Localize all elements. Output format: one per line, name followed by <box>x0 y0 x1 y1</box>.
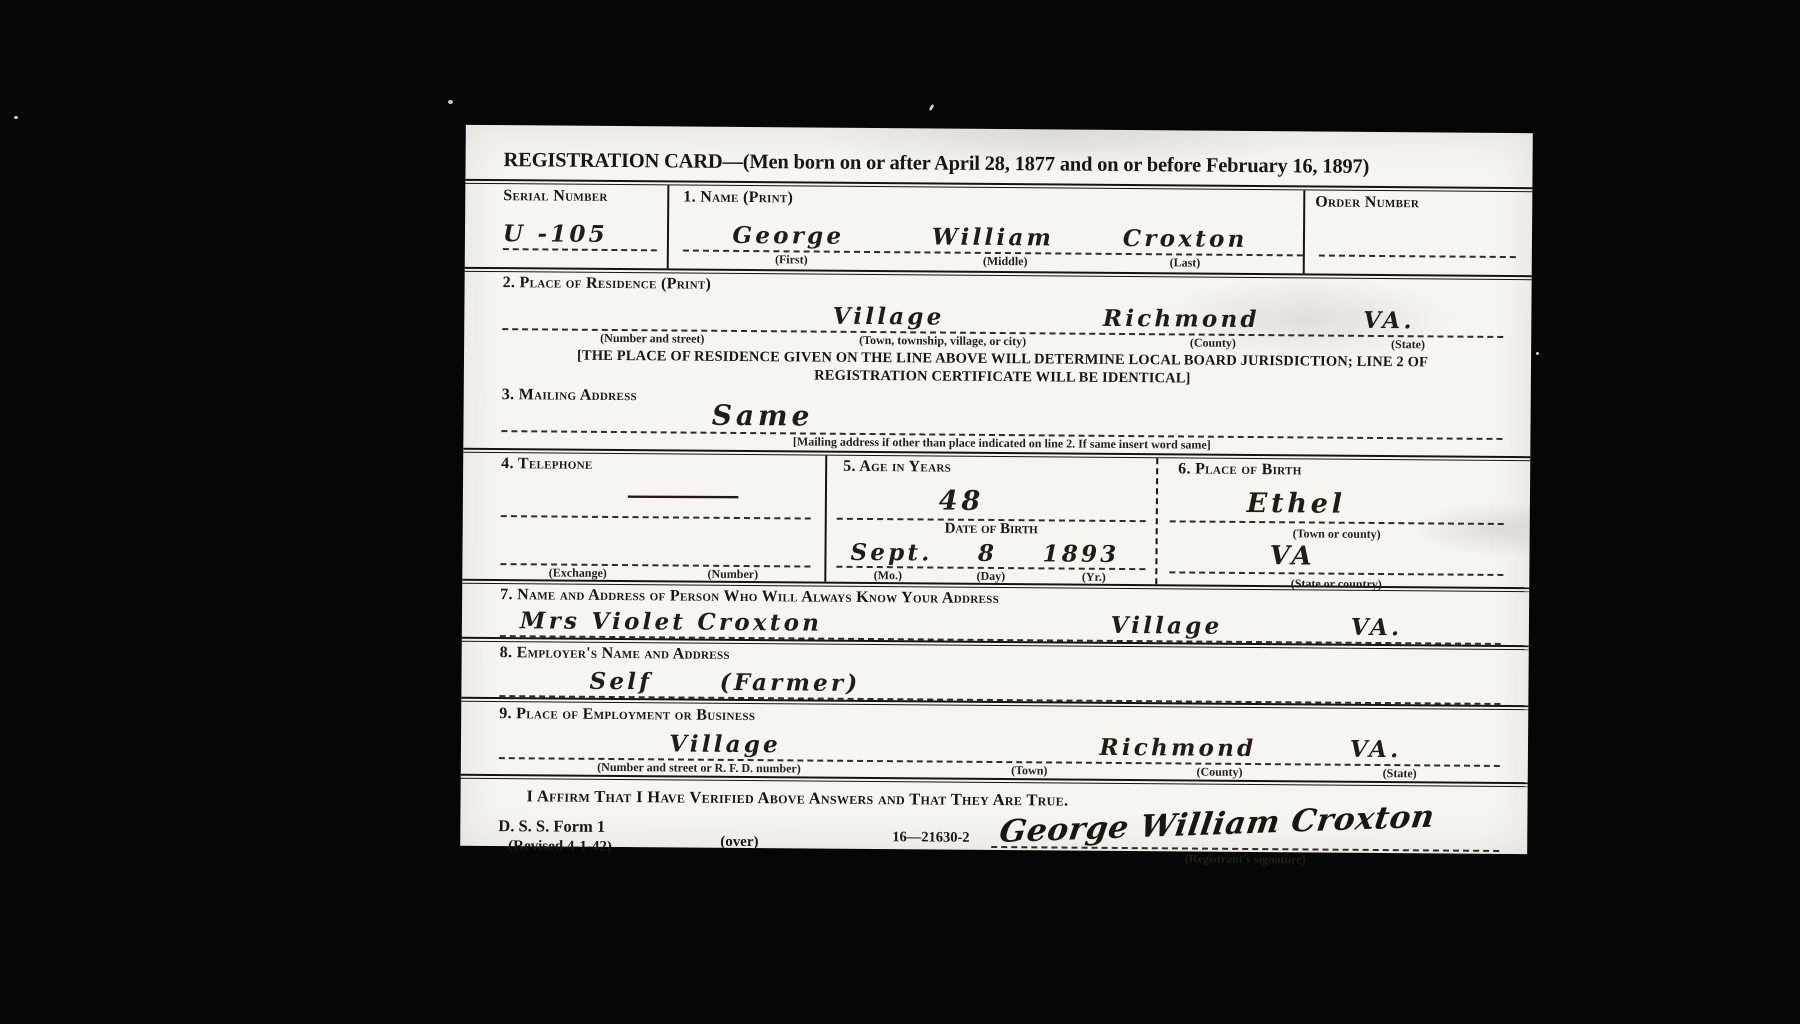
order-number-line <box>1319 212 1516 259</box>
birth-town-line: Ethel <box>1170 483 1504 526</box>
mailing-value: Same <box>712 402 814 431</box>
serial-number-value: U -105 <box>503 222 608 246</box>
mailing-section: 3. Mailing Address Same [Mailing address… <box>463 382 1530 456</box>
contact-place-value: Village <box>1110 614 1222 638</box>
county-sublabel: (County) <box>1190 336 1236 351</box>
order-number-cell: Order Number <box>1305 190 1533 275</box>
card-footer: D. S. S. Form 1 (Revised 4-1-42) (over) … <box>498 816 1499 869</box>
serial-number-line: U -105 <box>503 205 657 251</box>
telephone-sublabels: (Exchange) (Number) <box>500 565 810 583</box>
month-sublabel: (Mo.) <box>836 568 939 585</box>
form-id-block: D. S. S. Form 1 (Revised 4-1-42) <box>498 816 668 862</box>
employer-detail-value: (Farmer) <box>720 671 861 695</box>
form-number: D. S. S. Form 1 <box>498 816 668 837</box>
rfd-sublabel: (Number and street or R. F. D. number) <box>597 760 801 777</box>
middle-sublabel: (Middle) <box>983 254 1028 269</box>
scan-speck <box>1536 352 1539 355</box>
residence-town-value: Village <box>833 305 945 329</box>
serial-name-order-row: Serial Number U -105 1. Name (Print) Geo… <box>465 184 1533 275</box>
dob-sublabels: (Mo.) (Day) (Yr.) <box>836 568 1145 586</box>
print-code: 16—21630-2 <box>892 830 970 866</box>
telephone-line: — <box>501 477 811 519</box>
serial-number-label: Serial Number <box>503 187 667 206</box>
birth-state-value: VA <box>1270 544 1316 570</box>
town-sublabel: (Town) <box>1011 763 1047 778</box>
contact-state-value: VA. <box>1351 616 1403 639</box>
number-sublabel: (Number) <box>655 567 810 584</box>
scanned-page: { "title": "REGISTRATION CARD—(Men born … <box>0 0 1800 1024</box>
employment-state-value: VA. <box>1350 738 1402 761</box>
date-of-birth-line: Sept. 8 1893 <box>836 540 1145 570</box>
town-or-county-sublabel: (Town or county) <box>1170 523 1504 549</box>
age-cell: 5. Age in Years 48 Date of Birth Sept. 8… <box>826 456 1158 585</box>
name-middle-value: William <box>932 225 1054 249</box>
residence-section: 2. Place of Residence (Print) Village Ri… <box>464 274 1532 391</box>
residence-state-value: VA. <box>1363 309 1415 332</box>
order-number-label: Order Number <box>1315 193 1532 213</box>
number-street-sublabel: (Number and street) <box>600 331 704 347</box>
telephone-label: 4. Telephone <box>501 455 825 480</box>
employment-place-value: Village <box>669 733 781 757</box>
telephone-line2 <box>500 517 810 567</box>
birth-town-value: Ethel <box>1247 490 1346 518</box>
telephone-dash-mark: — <box>620 485 746 506</box>
signature-sublabel: (Registrant's signature) <box>991 848 1499 869</box>
telephone-age-birth-row: 4. Telephone — (Exchange) (Number) 5. Ag… <box>462 453 1530 587</box>
registration-card: REGISTRATION CARD—(Men born on or after … <box>460 125 1533 854</box>
employer-section: 8. Employer's Name and Address Self (Far… <box>461 644 1528 705</box>
scan-speck <box>928 104 934 112</box>
form-revision: (Revised 4-1-42) <box>508 839 668 857</box>
state-sublabel: (State) <box>1391 337 1425 352</box>
birth-state-line: VA <box>1169 546 1503 577</box>
serial-number-cell: Serial Number U -105 <box>465 184 670 269</box>
year-sublabel: (Yr.) <box>1042 570 1145 587</box>
mailing-label: 3. Mailing Address <box>502 386 637 405</box>
name-last-value: Croxton <box>1123 227 1248 251</box>
town-sublabel: (Town, township, village, or city) <box>859 333 1026 349</box>
age-value: 48 <box>939 488 984 515</box>
name-first-value: George <box>732 224 844 248</box>
first-sublabel: (First) <box>775 252 808 267</box>
dob-month-value: Sept. <box>850 541 932 565</box>
name-line: George William Croxton <box>683 207 1303 257</box>
state-sublabel: (State) <box>1383 766 1417 781</box>
signature-block: George William Croxton (Registrant's sig… <box>991 820 1499 869</box>
county-sublabel: (County) <box>1196 765 1242 780</box>
place-of-birth-label: 6. Place of Birth <box>1170 461 1504 486</box>
name-cell: 1. Name (Print) George William Croxton (… <box>669 185 1306 273</box>
place-of-birth-cell: 6. Place of Birth Ethel (Town or county)… <box>1157 459 1530 588</box>
dob-year-value: 1893 <box>1042 543 1119 567</box>
contact-name-value: Mrs Violet Croxton <box>520 610 822 635</box>
scan-speck <box>14 116 18 119</box>
employment-section: 9. Place of Employment or Business Villa… <box>461 705 1529 782</box>
age-line: 48 <box>837 480 1146 522</box>
card-title: REGISTRATION CARD—(Men born on or after … <box>503 149 1502 180</box>
age-label: 5. Age in Years <box>837 458 1146 482</box>
employer-name-value: Self <box>589 670 652 693</box>
residence-county-value: Richmond <box>1103 307 1260 331</box>
scan-speck <box>448 100 453 104</box>
last-sublabel: (Last) <box>1170 255 1201 270</box>
exchange-sublabel: (Exchange) <box>500 565 655 582</box>
contact-section: 7. Name and Address of Person Who Will A… <box>462 586 1529 645</box>
day-sublabel: (Day) <box>939 569 1042 586</box>
over-note: (over) <box>720 834 806 864</box>
telephone-cell: 4. Telephone — (Exchange) (Number) <box>462 453 827 582</box>
dob-day-value: 8 <box>978 542 997 565</box>
employment-county-value: Richmond <box>1099 736 1256 760</box>
